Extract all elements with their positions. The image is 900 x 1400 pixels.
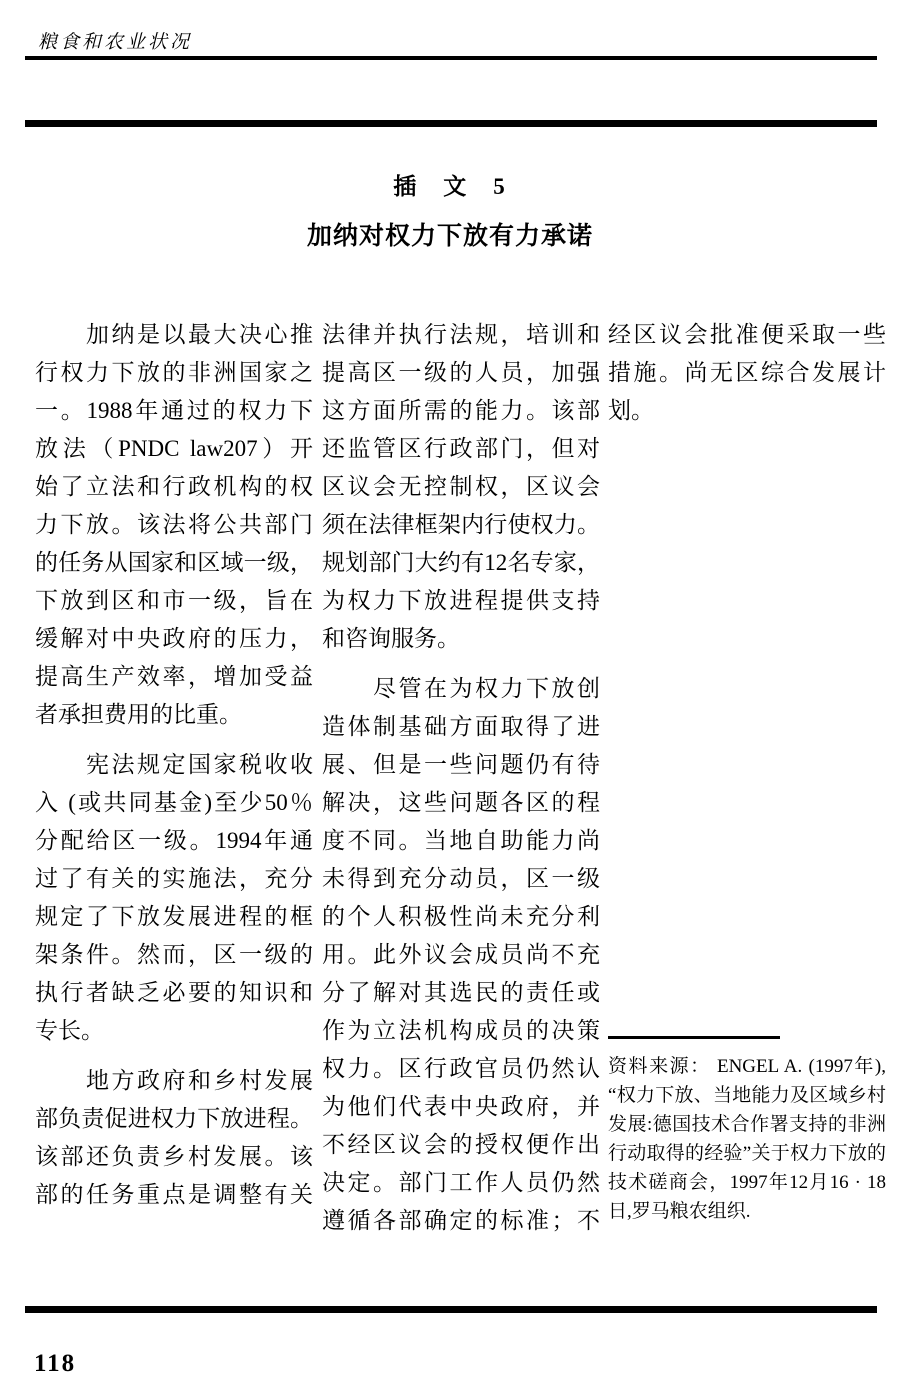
text-line: 地方政府和乡村发展 — [35, 1062, 313, 1100]
text-line: 行权力下放的非洲国家之 — [35, 354, 313, 392]
text-line: 尽管在为权力下放创 — [322, 670, 600, 708]
text-line: 的任务从国家和区域一级， — [35, 544, 313, 582]
source-note: 资料来源： ENGEL A. (1997年),“权力下放、当地能力及区域乡村发展… — [608, 1036, 886, 1226]
running-header: 粮食和农业状况 — [38, 27, 192, 54]
text-line: 规划部门大约有12名专家， — [322, 544, 600, 582]
text-line: 遵循各部确定的标准；不 — [322, 1202, 600, 1240]
text-line: 力下放。该法将公共部门 — [35, 506, 313, 544]
text-line: 始了立法和行政机构的权 — [35, 468, 313, 506]
text-line: 缓解对中央政府的压力， — [35, 620, 313, 658]
text-line: 还监管区行政部门，但对 — [322, 430, 600, 468]
paragraph: 加纳是以最大决心推行权力下放的非洲国家之一。1988年通过的权力下放法（PNDC… — [35, 316, 313, 734]
text-line: “权力下放、当地能力及区域乡村 — [608, 1081, 886, 1110]
text-line: 权力。区行政官员仍然认 — [322, 1050, 600, 1088]
text-line: 放法（PNDC law207）开 — [35, 430, 313, 468]
header-rule-thick — [25, 120, 877, 127]
text-line: 一。1988年通过的权力下 — [35, 392, 313, 430]
box-subtitle: 加纳对权力下放有力承诺 — [0, 216, 900, 252]
text-line: 为权力下放进程提供支持 — [322, 582, 600, 620]
text-line: 经区议会批准便采取一些 — [608, 316, 886, 354]
text-line: 展、但是一些问题仍有待 — [322, 746, 600, 784]
text-line: 区议会无控制权，区议会 — [322, 468, 600, 506]
text-line: 和咨询服务。 — [322, 620, 600, 658]
text-line: 提高生产效率，增加受益 — [35, 658, 313, 696]
text-column-left: 加纳是以最大决心推行权力下放的非洲国家之一。1988年通过的权力下放法（PNDC… — [35, 316, 313, 1214]
box-number-title: 插 文 5 — [0, 168, 900, 201]
text-line: 措施。尚无区综合发展计 — [608, 354, 886, 392]
paragraph: 法律并执行法规，培训和提高区一级的人员，加强这方面所需的能力。该部还监管区行政部… — [322, 316, 600, 658]
footer-rule — [25, 1306, 877, 1313]
text-line: 部负责促进权力下放进程。 — [35, 1100, 313, 1138]
text-line: 宪法规定国家税收收 — [35, 746, 313, 784]
text-line: 资料来源： ENGEL A. (1997年), — [608, 1052, 886, 1081]
text-line: 造体制基础方面取得了进 — [322, 708, 600, 746]
paragraph: 经区议会批准便采取一些措施。尚无区综合发展计划。 — [608, 316, 886, 430]
text-line: 执行者缺乏必要的知识和 — [35, 974, 313, 1012]
paragraph: 尽管在为权力下放创造体制基础方面取得了进展、但是一些问题仍有待解决，这些问题各区… — [322, 670, 600, 1240]
text-line: 加纳是以最大决心推 — [35, 316, 313, 354]
text-line: 这方面所需的能力。该部 — [322, 392, 600, 430]
text-line: 规定了下放发展进程的框 — [35, 898, 313, 936]
text-line: 该部还负责乡村发展。该 — [35, 1138, 313, 1176]
text-line: 技术磋商会，1997年12月16 · 18 — [608, 1168, 886, 1197]
page-number: 118 — [34, 1350, 76, 1378]
text-line: 未得到充分动员，区一级 — [322, 860, 600, 898]
paragraph: 地方政府和乡村发展部负责促进权力下放进程。该部还负责乡村发展。该部的任务重点是调… — [35, 1062, 313, 1214]
text-line: 不经区议会的授权便作出 — [322, 1126, 600, 1164]
text-line: 分了解对其选民的责任或 — [322, 974, 600, 1012]
text-line: 架条件。然而，区一级的 — [35, 936, 313, 974]
text-line: 决定。部门工作人员仍然 — [322, 1164, 600, 1202]
text-line: 分配给区一级。1994年通 — [35, 822, 313, 860]
source-note-rule — [608, 1036, 780, 1039]
text-line: 的个人积极性尚未充分利 — [322, 898, 600, 936]
source-note-text: 资料来源： ENGEL A. (1997年),“权力下放、当地能力及区域乡村发展… — [608, 1052, 886, 1226]
text-line: 过了有关的实施法，充分 — [35, 860, 313, 898]
text-line: 提高区一级的人员，加强 — [322, 354, 600, 392]
text-line: 日,罗马粮农组织. — [608, 1197, 886, 1226]
text-line: 为他们代表中央政府，并 — [322, 1088, 600, 1126]
text-line: 入 (或共同基金)至少50％ — [35, 784, 313, 822]
text-line: 发展:德国技术合作署支持的非洲 — [608, 1110, 886, 1139]
text-line: 作为立法机构成员的决策 — [322, 1012, 600, 1050]
text-line: 度不同。当地自助能力尚 — [322, 822, 600, 860]
document-page: 粮食和农业状况 插 文 5 加纳对权力下放有力承诺 加纳是以最大决心推行权力下放… — [0, 0, 900, 1400]
text-line: 下放到区和市一级，旨在 — [35, 582, 313, 620]
paragraph: 资料来源： ENGEL A. (1997年),“权力下放、当地能力及区域乡村发展… — [608, 1052, 886, 1226]
text-line: 专长。 — [35, 1012, 313, 1050]
text-line: 法律并执行法规，培训和 — [322, 316, 600, 354]
text-line: 划。 — [608, 392, 886, 430]
text-column-right: 经区议会批准便采取一些措施。尚无区综合发展计划。 — [608, 316, 886, 430]
text-column-middle: 法律并执行法规，培训和提高区一级的人员，加强这方面所需的能力。该部还监管区行政部… — [322, 316, 600, 1240]
text-line: 者承担费用的比重。 — [35, 696, 313, 734]
text-line: 部的任务重点是调整有关 — [35, 1176, 313, 1214]
text-line: 须在法律框架内行使权力。 — [322, 506, 600, 544]
header-rule-thin — [25, 56, 877, 60]
text-line: 行动取得的经验”关于权力下放的 — [608, 1139, 886, 1168]
paragraph: 宪法规定国家税收收入 (或共同基金)至少50％分配给区一级。1994年通过了有关… — [35, 746, 313, 1050]
text-line: 解决，这些问题各区的程 — [322, 784, 600, 822]
text-line: 用。此外议会成员尚不充 — [322, 936, 600, 974]
